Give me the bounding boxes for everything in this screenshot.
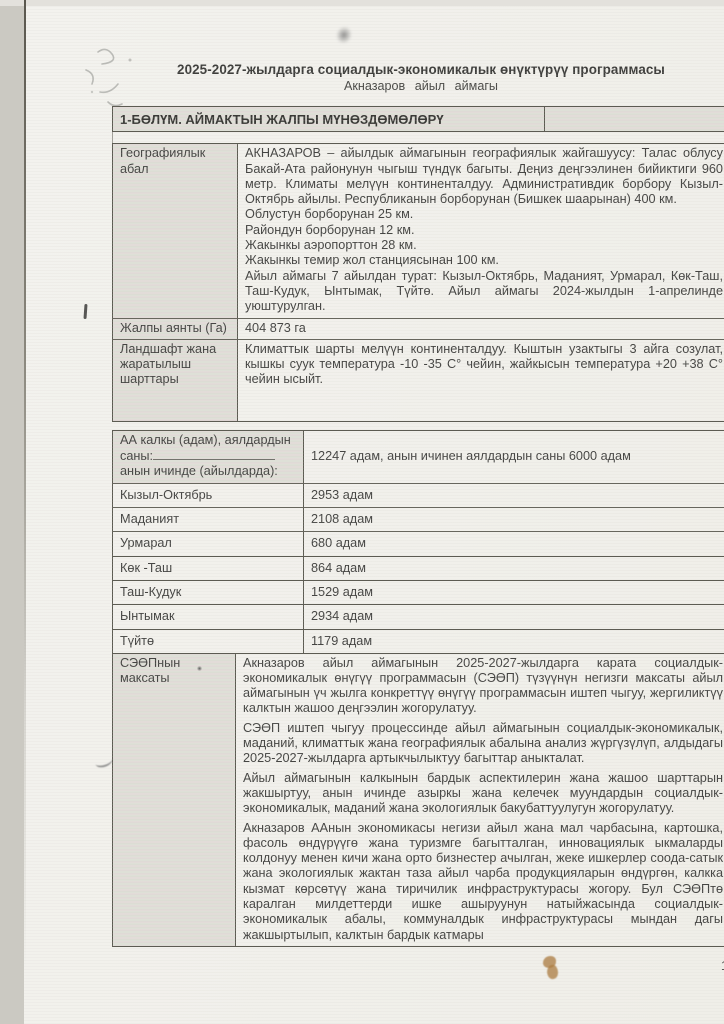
table-row: Жалпы аянты (Га) 404 873 га bbox=[113, 318, 724, 339]
page-number: 1 bbox=[112, 959, 724, 973]
population-table: АА калкы (адам), аялдардын саны: анын ич… bbox=[112, 430, 724, 654]
geo-paragraph: Жакынкы аэропорттон 28 км. bbox=[245, 238, 723, 253]
table-row: Таш-Кудук 1529 адам bbox=[113, 580, 724, 604]
section-header-table: 1-БӨЛҮМ. АЙМАКТЫН ЖАЛПЫ МҮНӨЗДӨМӨЛӨРҮ bbox=[112, 106, 724, 132]
geo-label: Географиялык абал bbox=[113, 144, 238, 318]
landscape-text: Климаттык шарты мелүүн континенталдуу. К… bbox=[245, 342, 723, 418]
table-row: Географиялык абал АКНАЗАРОВ – айылдык ай… bbox=[113, 144, 724, 318]
document-content: 2025-2027-жылдарга социалдык-экономикалы… bbox=[112, 6, 724, 973]
geo-paragraph: Райондун борборунан 12 км. bbox=[245, 223, 723, 238]
page-title: 2025-2027-жылдарга социалдык-экономикалы… bbox=[112, 62, 724, 77]
table-row: Ынтымак 2934 адам bbox=[113, 605, 724, 629]
village-population: 2953 адам bbox=[304, 483, 724, 507]
village-name: Ынтымак bbox=[113, 605, 304, 629]
page-subtitle: Акназаров айыл аймагы bbox=[112, 79, 724, 93]
table-row: СЭӨПнын максаты Акназаров айыл аймагынын… bbox=[113, 653, 724, 946]
table-row: Урмарал 680 адам bbox=[113, 532, 724, 556]
table-row: Көк -Таш 864 адам bbox=[113, 556, 724, 580]
goal-paragraph: СЭӨП иштеп чыгуу процессинде айыл аймагы… bbox=[243, 721, 723, 767]
village-name: Кызыл-Октябрь bbox=[113, 483, 304, 507]
goal-paragraph: Акназаров ААнын экономикасы негизи айыл … bbox=[243, 821, 723, 943]
area-label: Жалпы аянты (Га) bbox=[113, 318, 238, 339]
table-gap bbox=[112, 422, 724, 430]
goal-label: СЭӨПнын максаты bbox=[113, 653, 236, 946]
population-header-value: 12247 адам, анын ичинен аялдардын саны 6… bbox=[304, 430, 724, 483]
table-row: Маданият 2108 адам bbox=[113, 508, 724, 532]
geo-paragraph: Облустун борборунан 25 км. bbox=[245, 207, 723, 222]
scanned-page: 2025-2027-жылдарга социалдык-экономикалы… bbox=[24, 6, 724, 1024]
population-header-label: АА калкы (адам), аялдардын саны: анын ич… bbox=[113, 430, 304, 483]
goal-paragraph: Айыл аймагынын калкынын бардык аспектиле… bbox=[243, 771, 723, 817]
table-row: АА калкы (адам), аялдардын саны: анын ич… bbox=[113, 430, 724, 483]
village-name: Маданият bbox=[113, 508, 304, 532]
goal-paragraph: Акназаров айыл аймагынын 2025-2027-жылда… bbox=[243, 656, 723, 717]
blank-underline bbox=[153, 448, 275, 460]
village-name: Түйтө bbox=[113, 629, 304, 653]
village-name: Көк -Таш bbox=[113, 556, 304, 580]
geo-text: АКНАЗАРОВ – айылдык аймагынын географиял… bbox=[238, 144, 724, 318]
village-population: 1529 адам bbox=[304, 580, 724, 604]
area-value: 404 873 га bbox=[238, 318, 724, 339]
geo-paragraph: АКНАЗАРОВ – айылдык аймагынын географиял… bbox=[245, 146, 723, 207]
village-population: 2108 адам bbox=[304, 508, 724, 532]
general-table: Географиялык абал АКНАЗАРОВ – айылдык ай… bbox=[112, 143, 724, 422]
village-name: Таш-Кудук bbox=[113, 580, 304, 604]
table-row: Ландшафт жана жаратылыш шарттары Климатт… bbox=[113, 339, 724, 421]
section-header: 1-БӨЛҮМ. АЙМАКТЫН ЖАЛПЫ МҮНӨЗДӨМӨЛӨРҮ bbox=[113, 107, 545, 132]
geo-paragraph: Жакынкы темир жол станциясынан 100 км. bbox=[245, 253, 723, 268]
goal-table: СЭӨПнын максаты Акназаров айыл аймагынын… bbox=[112, 653, 724, 947]
table-row: Түйтө 1179 адам bbox=[113, 629, 724, 653]
section-header-side-cell bbox=[545, 107, 724, 132]
village-population: 864 адам bbox=[304, 556, 724, 580]
table-row: Кызыл-Октябрь 2953 адам bbox=[113, 483, 724, 507]
landscape-label: Ландшафт жана жаратылыш шарттары bbox=[113, 339, 238, 421]
goal-text: Акназаров айыл аймагынын 2025-2027-жылда… bbox=[236, 653, 724, 946]
geo-paragraph: Айыл аймагы 7 айылдан турат: Кызыл-Октяб… bbox=[245, 269, 723, 315]
village-population: 2934 адам bbox=[304, 605, 724, 629]
village-name: Урмарал bbox=[113, 532, 304, 556]
table-spacer bbox=[112, 132, 724, 143]
paper-edge-line bbox=[24, 0, 26, 1024]
village-population: 680 адам bbox=[304, 532, 724, 556]
village-population: 1179 адам bbox=[304, 629, 724, 653]
